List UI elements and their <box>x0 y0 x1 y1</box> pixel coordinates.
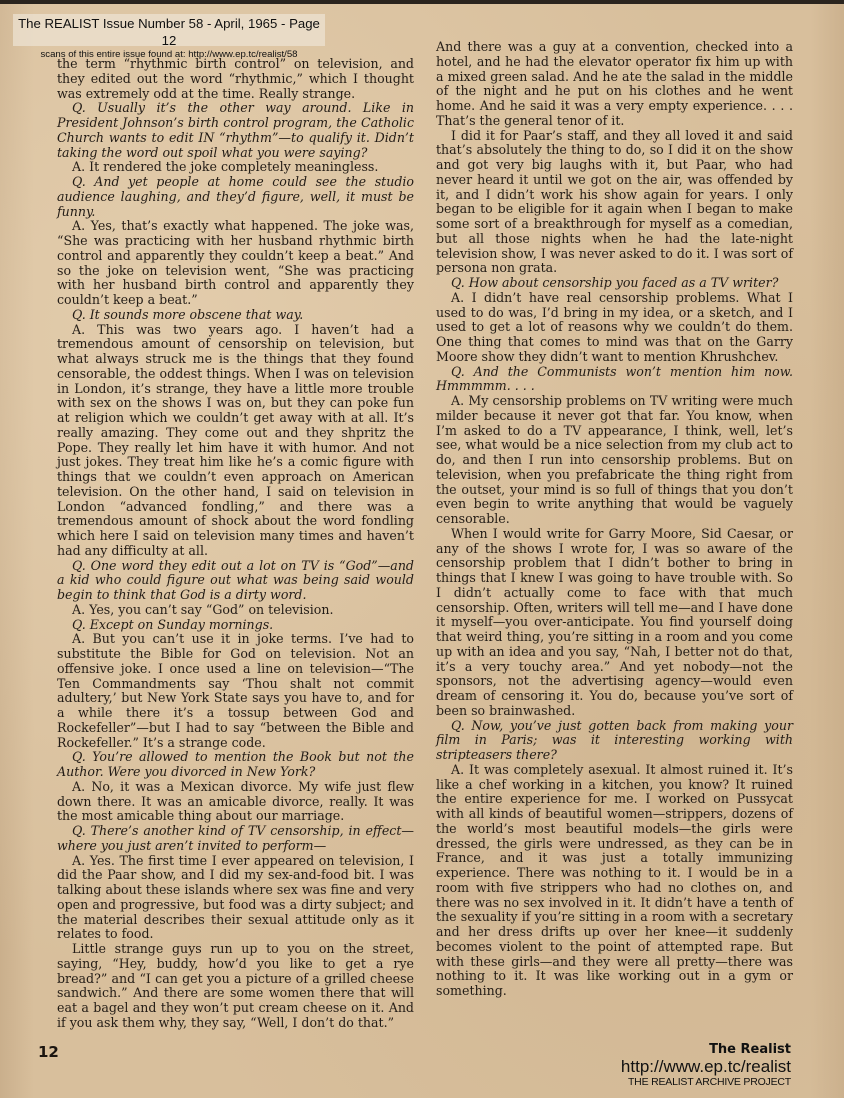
interview-question: Q. Except on Sunday mornings. <box>57 618 414 633</box>
interview-answer: A. But you can’t use it in joke terms. I… <box>57 632 414 750</box>
interview-answer: A. It was completely asexual. It almost … <box>436 763 793 999</box>
interview-question: Q. One word they edit out a lot on TV is… <box>57 559 414 603</box>
interview-answer: When I would write for Garry Moore, Sid … <box>436 527 793 719</box>
interview-answer: A. It rendered the joke completely meani… <box>57 160 414 175</box>
interview-answer: A. No, it was a Mexican divorce. My wife… <box>57 780 414 824</box>
interview-question: Q. How about censorship you faced as a T… <box>436 276 793 291</box>
interview-answer: A. Yes, you can’t say “God” on televisio… <box>57 603 414 618</box>
interview-question: Q. Now, you’ve just gotten back from mak… <box>436 719 793 763</box>
scan-top-edge <box>0 0 844 4</box>
interview-question: Q. It sounds more obscene that way. <box>57 308 414 323</box>
archive-header: The REALIST Issue Number 58 - April, 196… <box>13 14 325 46</box>
page-number: 12 <box>38 1043 59 1061</box>
interview-answer: I did it for Paar’s staff, and they all … <box>436 129 793 277</box>
interview-answer: A. Yes, that’s exactly what happened. Th… <box>57 219 414 308</box>
interview-answer: A. This was two years ago. I haven’t had… <box>57 323 414 559</box>
masthead: The Realist <box>621 1042 791 1058</box>
interview-answer: A. I didn’t have real censorship problem… <box>436 291 793 365</box>
left-column: the term “rhythmic birth control” on tel… <box>57 57 414 1031</box>
interview-answer: Little strange guys run up to you on the… <box>57 942 414 1031</box>
interview-question: Q. And yet people at home could see the … <box>57 175 414 219</box>
interview-question: Q. You’re allowed to mention the Book bu… <box>57 750 414 780</box>
interview-question: Q. There’s another kind of TV censorship… <box>57 824 414 854</box>
interview-answer: A. My censorship problems on TV writing … <box>436 394 793 527</box>
archive-project-label: THE REALIST ARCHIVE PROJECT <box>621 1076 791 1089</box>
interview-answer: A. Yes. The first time I ever appeared o… <box>57 854 414 943</box>
paragraph-continuation: And there was a guy at a convention, che… <box>436 40 793 129</box>
interview-question: Q. Usually it’s the other way around. Li… <box>57 101 414 160</box>
archive-url: http://www.ep.tc/realist <box>621 1058 791 1076</box>
interview-question: Q. And the Communists won’t mention him … <box>436 365 793 395</box>
archive-title: The REALIST Issue Number 58 - April, 196… <box>13 14 325 49</box>
footer: The Realist http://www.ep.tc/realist THE… <box>621 1042 791 1089</box>
paragraph-continuation: the term “rhythmic birth control” on tel… <box>57 57 414 101</box>
right-column: And there was a guy at a convention, che… <box>436 40 793 999</box>
